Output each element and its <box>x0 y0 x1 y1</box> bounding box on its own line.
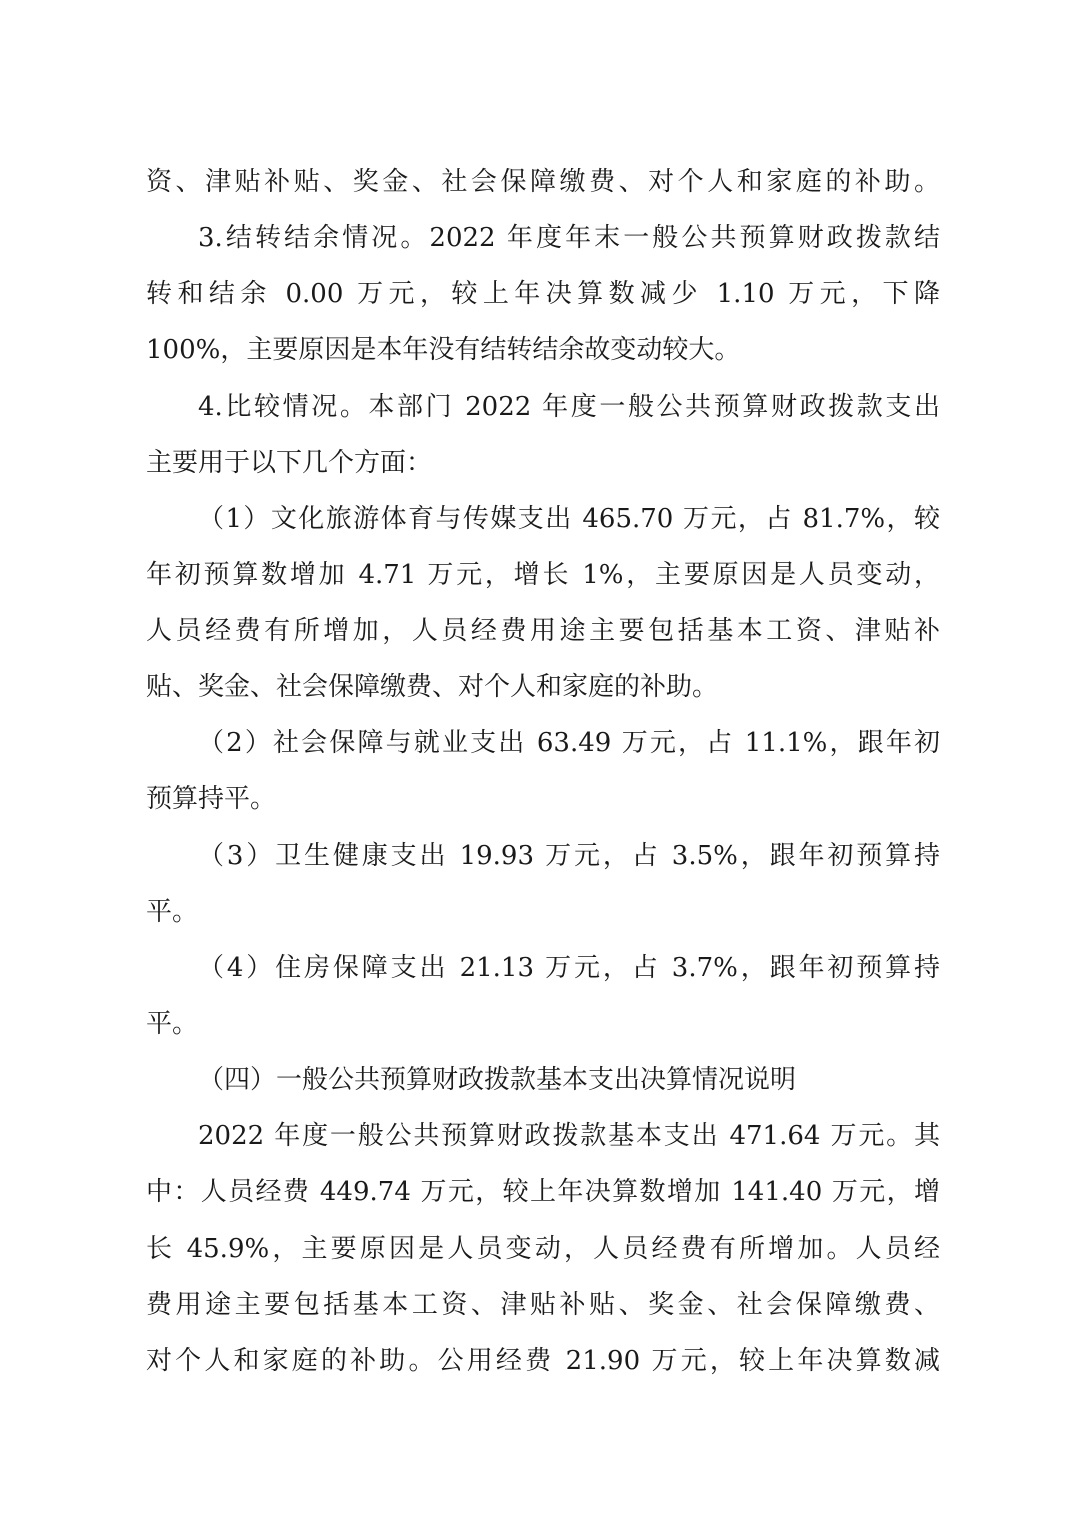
item-social-security-line: （2）社会保障与就业支出 63.49 万元，占 11.1%，跟年初 <box>198 723 940 763</box>
item-culture-line: （1）文化旅游体育与传媒支出 465.70 万元，占 81.7%，较 <box>198 499 940 539</box>
paragraph-line: 年初预算数增加 4.71 万元，增长 1%，主要原因是人员变动， <box>146 555 940 595</box>
paragraph-line: 100%，主要原因是本年没有结转结余故变动较大。 <box>146 330 940 370</box>
paragraph-line: 贴、奖金、社会保障缴费、对个人和家庭的补助。 <box>146 667 940 707</box>
paragraph-line: 长 45.9%，主要原因是人员变动，人员经费有所增加。人员经 <box>146 1229 940 1269</box>
paragraph-line: 转和结余 0.00 万元，较上年决算数减少 1.10 万元，下降 <box>146 274 940 314</box>
paragraph-line: 预算持平。 <box>146 779 940 819</box>
paragraph-line: 主要用于以下几个方面： <box>146 443 940 483</box>
paragraph-line: 平。 <box>146 892 940 932</box>
section-heading-basic-expenditure: （四）一般公共预算财政拨款基本支出决算情况说明 <box>198 1060 898 1100</box>
paragraph-line: 费用途主要包括基本工资、津贴补贴、奖金、社会保障缴费、 <box>146 1285 940 1325</box>
paragraph-line: 中：人员经费 449.74 万元，较上年决算数增加 141.40 万元，增 <box>146 1172 940 1212</box>
paragraph-line: 资、津贴补贴、奖金、社会保障缴费、对个人和家庭的补助。 <box>146 162 940 202</box>
section-comparison-heading-line: 4.比较情况。本部门 2022 年度一般公共预算财政拨款支出 <box>198 387 940 427</box>
paragraph-line: 2022 年度一般公共预算财政拨款基本支出 471.64 万元。其 <box>198 1116 940 1156</box>
paragraph-line: 平。 <box>146 1004 940 1044</box>
section-carryover-heading-line: 3.结转结余情况。2022 年度年末一般公共预算财政拨款结 <box>198 218 940 258</box>
item-housing-line: （4）住房保障支出 21.13 万元，占 3.7%，跟年初预算持 <box>198 948 940 988</box>
paragraph-line: 对个人和家庭的补助。公用经费 21.90 万元，较上年决算数减 <box>146 1341 940 1381</box>
paragraph-line: 人员经费有所增加，人员经费用途主要包括基本工资、津贴补 <box>146 611 940 651</box>
item-health-line: （3）卫生健康支出 19.93 万元，占 3.5%，跟年初预算持 <box>198 836 940 876</box>
document-page: 资、津贴补贴、奖金、社会保障缴费、对个人和家庭的补助。 3.结转结余情况。202… <box>0 0 1075 1521</box>
